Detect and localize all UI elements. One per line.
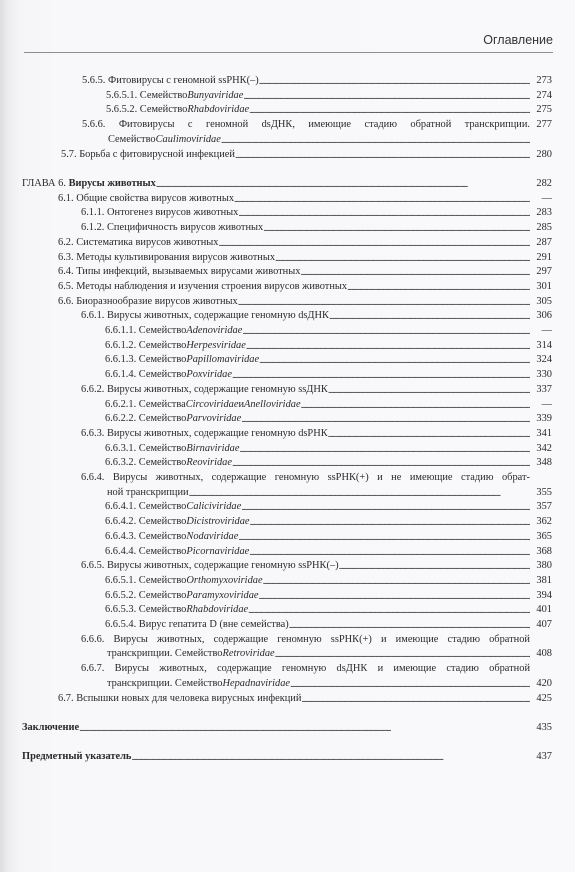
entry-number: 6.6.1.3. <box>105 353 136 368</box>
entry-number: 6.4. <box>58 265 74 280</box>
dot-leader <box>290 677 530 692</box>
entry-title: Биоразнообразие вирусов животных <box>76 295 238 310</box>
dot-leader <box>232 368 530 383</box>
entry-title: Семейство <box>139 589 187 604</box>
entry-title: Онтогенез вирусов животных <box>107 206 238 221</box>
dot-leader <box>259 353 530 368</box>
dot-leader <box>234 192 530 207</box>
page-number: 394 <box>536 589 552 604</box>
entry-taxon: Caliciviridae <box>186 500 241 515</box>
entry-number: 6.6.3.1. <box>105 442 136 457</box>
dot-leader <box>242 324 530 339</box>
entry-title: Семейство <box>139 456 187 471</box>
entry-title: Специфичность вирусов животных <box>107 221 263 236</box>
page-number: 407 <box>536 618 552 633</box>
dot-leader <box>238 206 530 221</box>
entry-number: 6.6.4. <box>81 472 104 483</box>
dot-leader <box>235 148 530 163</box>
dot-leader <box>301 692 530 707</box>
page-number: 339 <box>536 412 552 427</box>
entry-title: Вирусы животных, содержащие геномную dsД… <box>107 309 329 324</box>
entry-number: 6.6.2.1. <box>105 398 136 413</box>
page-number: 305 <box>536 295 552 310</box>
dot-leader <box>243 89 530 104</box>
entry-taxon: Circoviridae <box>186 398 239 413</box>
page-number: 337 <box>536 383 552 398</box>
page-number: 273 <box>536 74 552 89</box>
entry-taxon: Bunyaviridae <box>187 89 243 104</box>
page-number: 381 <box>536 574 552 589</box>
page-number: 437 <box>536 750 552 765</box>
page-number: 324 <box>536 353 552 368</box>
entry-number: 6.6.5.4. <box>105 618 136 633</box>
entry-title: Типы инфекций, вызываемых вирусами живот… <box>76 265 300 280</box>
dot-leader <box>246 339 530 354</box>
entry-number: 6.6.1.2. <box>105 339 136 354</box>
dot-leader <box>328 427 530 442</box>
entry-title: Вспышки новых для человека вирусных инфе… <box>76 692 301 707</box>
entry-number: 6.7. <box>58 692 74 707</box>
dot-leader <box>156 177 530 192</box>
entry-taxon: Birnaviridae <box>186 442 239 457</box>
page-number: 301 <box>536 280 552 295</box>
page-number: 297 <box>536 265 552 280</box>
entry-taxon: Herpesviridae <box>186 339 245 354</box>
entry-title: Семейство <box>139 545 187 560</box>
dot-leader <box>238 530 530 545</box>
entry-number: 5.6.5.2. <box>106 103 137 118</box>
entry-title: Семейство <box>139 603 187 618</box>
page-number: 380 <box>536 559 552 574</box>
dot-leader <box>275 647 530 662</box>
entry-number: 6.6.1.4. <box>105 368 136 383</box>
entry-number: 6.6. <box>58 295 74 310</box>
entry-number: 6.5. <box>58 280 74 295</box>
dot-leader <box>347 280 530 295</box>
entry-number: 6.1. <box>58 192 74 207</box>
entry-number: 6.2. <box>58 236 74 251</box>
dot-leader <box>232 456 530 471</box>
page-number: 420 <box>536 677 552 692</box>
entry-title: Борьба с фитовирусной инфекцией <box>79 148 235 163</box>
page-number: — <box>542 398 552 413</box>
dot-leader <box>259 589 530 604</box>
page-number: 283 <box>536 206 552 221</box>
entry-title: Семейство <box>140 89 188 104</box>
page-number: 306 <box>536 309 552 324</box>
page-number: 368 <box>536 545 552 560</box>
entry-title: Семейство <box>139 339 187 354</box>
page-number: 274 <box>536 89 552 104</box>
dot-leader <box>241 500 530 515</box>
entry-taxon: Anelloviridae <box>244 398 301 413</box>
entry-taxon: Rhabdoviridae <box>186 603 248 618</box>
entry-number: 6.1.1. <box>81 206 104 221</box>
page-number: 285 <box>536 221 552 236</box>
header-rule <box>24 52 553 53</box>
entry-title-continued: транскрипции. Семейство <box>107 677 223 692</box>
page-number: 425 <box>536 692 552 707</box>
entry-title: Фитовирусы с геномной ssРНК(–) <box>108 74 259 89</box>
entry-title: Семейство <box>139 574 187 589</box>
entry-title: Вирус гепатита D (вне семейства) <box>139 618 289 633</box>
entry-number: 6.6.1. <box>81 309 104 324</box>
entry-title: Систематика вирусов животных <box>76 236 218 251</box>
page-number: 291 <box>536 251 552 266</box>
dot-leader <box>263 221 530 236</box>
entry-number: 5.6.6. <box>82 119 105 130</box>
page-number: 355 <box>536 486 552 501</box>
entry-title: Семейство <box>139 368 187 383</box>
entry-title: Семейства <box>139 398 186 413</box>
page-number: 282 <box>536 177 552 192</box>
dot-leader <box>250 515 531 530</box>
entry-title: Семейство <box>139 530 187 545</box>
entry-taxon: Nodaviridae <box>186 530 238 545</box>
entry-number: 6.1.2. <box>81 221 104 236</box>
entry-title: Семейство <box>139 324 187 339</box>
dot-leader <box>275 251 530 266</box>
entry-number: 6.6.7. <box>81 663 104 674</box>
entry-number: 6.6.5. <box>81 559 104 574</box>
dot-leader <box>328 383 530 398</box>
entry-number: ГЛАВА 6. <box>22 177 66 192</box>
page-number: 314 <box>536 339 552 354</box>
dot-leader <box>263 574 530 589</box>
entry-title: Семейство <box>139 353 187 368</box>
page-number: 280 <box>536 148 552 163</box>
dot-leader <box>221 133 530 148</box>
entry-number: 6.6.2. <box>81 383 104 398</box>
entry-taxon: Dicistroviridae <box>186 515 249 530</box>
entry-taxon: Parvoviridae <box>186 412 241 427</box>
entry-number: 6.6.6. <box>81 634 104 645</box>
dot-leader <box>300 265 530 280</box>
entry-taxon: Poxviridae <box>186 368 232 383</box>
page-number: 287 <box>536 236 552 251</box>
entry-title-continued: Семейство <box>108 133 156 148</box>
entry-number: 6.6.4.4. <box>105 545 136 560</box>
entry-number: 6.6.4.3. <box>105 530 136 545</box>
entry-taxon: Reoviridae <box>186 456 232 471</box>
entry-title: Заключение <box>22 721 79 736</box>
page-number: 362 <box>536 515 552 530</box>
entry-taxon: Papillomaviridae <box>186 353 259 368</box>
page-number: 341 <box>536 427 552 442</box>
dot-leader <box>339 559 530 574</box>
page-number: 357 <box>536 500 552 515</box>
entry-title: Предметный указатель <box>22 750 131 765</box>
dot-leader <box>289 618 530 633</box>
entry-title: Вирусы животных, содержащие геномную ssР… <box>114 634 530 645</box>
entry-number: 6.6.1.1. <box>105 324 136 339</box>
dot-leader <box>241 412 530 427</box>
dot-leader <box>238 295 530 310</box>
page-number: 435 <box>536 721 552 736</box>
dot-leader <box>301 398 530 413</box>
entry-title: Семейство <box>139 412 187 427</box>
page-number: — <box>542 324 552 339</box>
dot-leader <box>240 442 531 457</box>
entry-title: Методы наблюдения и изучения строения ви… <box>76 280 347 295</box>
entry-title: Фитовирусы с геномной dsДНК, имеющие ста… <box>119 119 530 130</box>
entry-number: 6.6.2.2. <box>105 412 136 427</box>
entry-title: Методы культивирования вирусов животных <box>76 251 275 266</box>
entry-number: 6.6.4.1. <box>105 500 136 515</box>
entry-title: Семейство <box>139 500 187 515</box>
entry-title: Вирусы животных, содержащие геномную dsД… <box>115 663 530 674</box>
dot-leader <box>259 74 530 89</box>
entry-taxon: Adenoviridae <box>186 324 242 339</box>
dot-leader <box>248 603 530 618</box>
dot-leader <box>249 545 530 560</box>
page-number: 277 <box>536 118 552 133</box>
page-number: 348 <box>536 456 552 471</box>
entry-number: 6.3. <box>58 251 74 266</box>
entry-title: Вирусы животных, содержащие геномную ssР… <box>107 559 339 574</box>
page-number: 365 <box>536 530 552 545</box>
entry-number: 6.6.5.3. <box>105 603 136 618</box>
entry-number: 6.6.3.2. <box>105 456 136 471</box>
entry-taxon: Orthomyxoviridae <box>186 574 262 589</box>
page-number: 408 <box>536 647 552 662</box>
entry-title: Вирусы животных, содержащие геномную ssД… <box>107 383 328 398</box>
entry-number: 6.6.5.2. <box>105 589 136 604</box>
entry-title-continued: ной транскрипции <box>107 486 189 501</box>
page-number: 342 <box>536 442 552 457</box>
page-number: — <box>542 192 552 207</box>
entry-title: Семейство <box>139 515 187 530</box>
entry-taxon: Caulimoviridae <box>156 133 221 148</box>
entry-title: Вирусы животных, содержащие геномную ssР… <box>113 472 530 483</box>
dot-leader <box>329 309 530 324</box>
page-number: 275 <box>536 103 552 118</box>
entry-number: 5.6.5. <box>82 74 105 89</box>
entry-title: Семейство <box>139 442 187 457</box>
entry-title: Вирусы животных, содержащие геномную dsР… <box>107 427 328 442</box>
dot-leader <box>218 236 530 251</box>
page-number: 330 <box>536 368 552 383</box>
entry-number: 5.6.5.1. <box>106 89 137 104</box>
dot-leader <box>249 103 530 118</box>
entry-title: Вирусы животных <box>69 177 156 192</box>
entry-number: 6.6.5.1. <box>105 574 136 589</box>
dot-leader <box>79 721 530 736</box>
running-head: Оглавление <box>483 33 553 47</box>
entry-taxon: Hepadnaviridae <box>223 677 291 692</box>
entry-title: Семейство <box>140 103 188 118</box>
entry-taxon: Retroviridae <box>223 647 275 662</box>
entry-number: 5.7. <box>61 148 77 163</box>
entry-taxon: Picornaviridae <box>186 545 249 560</box>
entry-number: 6.6.4.2. <box>105 515 136 530</box>
dot-leader <box>131 750 530 765</box>
entry-number: 6.6.3. <box>81 427 104 442</box>
entry-taxon: Rhabdoviridae <box>187 103 249 118</box>
entry-taxon: Paramyxoviridae <box>186 589 258 604</box>
dot-leader <box>189 486 530 501</box>
entry-title: Общие свойства вирусов животных <box>76 192 234 207</box>
page-number: 401 <box>536 603 552 618</box>
entry-title-continued: транскрипции. Семейство <box>107 647 223 662</box>
